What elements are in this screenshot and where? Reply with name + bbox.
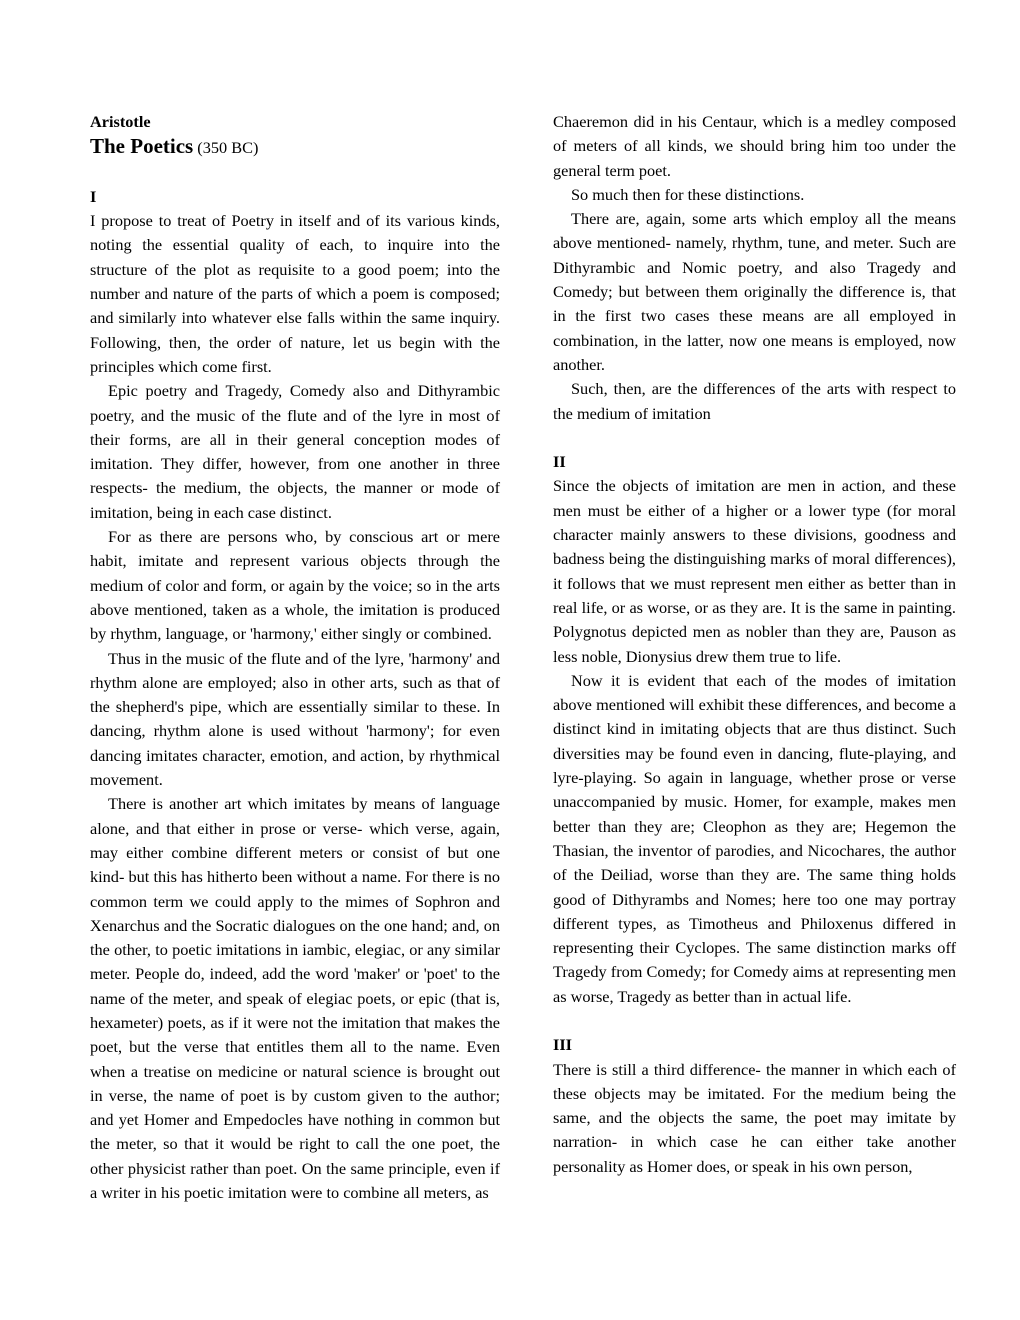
paragraph: There is still a third difference- the m… — [553, 1058, 956, 1179]
document-page: Aristotle The Poetics (350 BC) II propos… — [0, 0, 1020, 1320]
section-heading: I — [90, 185, 500, 209]
left-column-blocks: II propose to treat of Poetry in itself … — [90, 185, 500, 1205]
paragraph: So much then for these distinctions. — [553, 183, 956, 207]
author-line: Aristotle — [90, 110, 500, 134]
paragraph: I propose to treat of Poetry in itself a… — [90, 209, 500, 379]
paragraph: Such, then, are the differences of the a… — [553, 377, 956, 426]
paragraph: There are, again, some arts which employ… — [553, 207, 956, 377]
paragraph: For as there are persons who, by conscio… — [90, 525, 500, 646]
paragraph: There is another art which imitates by m… — [90, 792, 500, 1205]
left-column: Aristotle The Poetics (350 BC) II propos… — [90, 110, 500, 1280]
document-date: (350 BC) — [193, 138, 258, 157]
paragraph: Epic poetry and Tragedy, Comedy also and… — [90, 379, 500, 525]
right-column: Chaeremon did in his Centaur, which is a… — [553, 110, 956, 1280]
right-column-blocks: Chaeremon did in his Centaur, which is a… — [553, 110, 956, 1179]
section-heading: II — [553, 450, 956, 474]
paragraph: Now it is evident that each of the modes… — [553, 669, 956, 1009]
paragraph: Thus in the music of the flute and of th… — [90, 647, 500, 793]
section-heading: III — [553, 1033, 956, 1057]
paragraph: Chaeremon did in his Centaur, which is a… — [553, 110, 956, 183]
paragraph: Since the objects of imitation are men i… — [553, 474, 956, 668]
document-title: The Poetics — [90, 134, 193, 158]
title-line: The Poetics (350 BC) — [90, 134, 500, 160]
